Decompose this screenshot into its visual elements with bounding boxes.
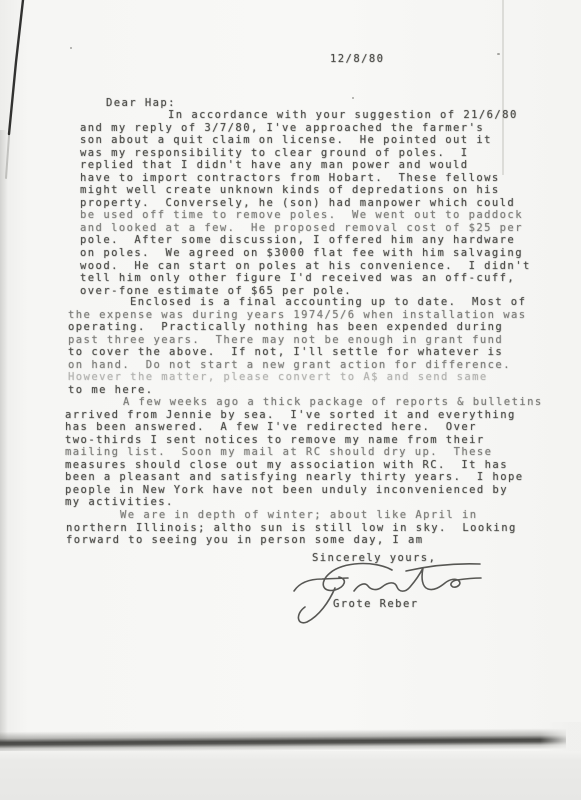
crease-line <box>0 0 60 200</box>
letter-line: measures should close out my association… <box>65 459 543 472</box>
letter-line: two-thirds I sent notices to remove my n… <box>65 434 543 447</box>
letter-line: and my reply of 3/7/80, I've approached … <box>80 122 531 135</box>
letter-line: Enclosed is a final accounting up to dat… <box>68 296 527 309</box>
letter-line: A few weeks ago a thick package of repor… <box>65 396 543 409</box>
letter-line: to me here. <box>68 384 527 397</box>
letter-line: pole. After some discussion, I offered h… <box>80 234 531 247</box>
handwritten-signature <box>288 556 498 630</box>
letter-line: property. Conversely, he (son) had manpo… <box>80 197 531 210</box>
letter-line: was my responsibility to clear ground of… <box>80 147 531 160</box>
scan-edge-band <box>0 728 566 752</box>
letter-line: might well create unknown kinds of depre… <box>80 184 531 197</box>
letter-line: to cover the above. If not, I'll settle … <box>68 346 527 359</box>
typed-signature-name: Grote Reber <box>333 598 419 611</box>
letter-line: on hand. Do not start a new grant action… <box>68 359 527 372</box>
scan-speck <box>352 97 354 99</box>
page-left-edge-shadow <box>0 130 8 742</box>
letter-line: past three years. There may not be enoug… <box>68 334 527 347</box>
scanned-letter-page: 12/8/80 Dear Hap: In accordance with you… <box>0 0 581 800</box>
letter-line: In accordance with your suggestion of 21… <box>80 109 531 122</box>
letter-line: wood. He can start on poles at his conve… <box>80 260 531 273</box>
letter-line: northern Illinois; altho sun is still lo… <box>66 522 517 535</box>
letter-line: on poles. We agreed on $3000 flat fee wi… <box>80 247 531 260</box>
scan-speck <box>497 53 500 55</box>
letter-date: 12/8/80 <box>330 53 384 66</box>
letter-line: have to import contractors from Hobart. … <box>80 172 531 185</box>
salutation: Dear Hap: <box>106 97 176 110</box>
letter-line: However the matter, please convert to A$… <box>68 371 527 384</box>
letter-line: mailing list. Soon my mail at RC should … <box>65 446 543 459</box>
letter-line: son about a quit claim on license. He po… <box>80 134 531 147</box>
letter-line: be used off time to remove poles. We wen… <box>80 209 531 222</box>
letter-line: been a pleasant and satisfying nearly th… <box>65 471 543 484</box>
letter-paragraph: In accordance with your suggestion of 21… <box>80 109 531 297</box>
letter-line: and looked at a few. He proposed removal… <box>80 222 531 235</box>
letter-line: has been answered. A few I've redirected… <box>65 421 543 434</box>
scan-speck <box>70 47 72 49</box>
letter-line: my activities. <box>65 496 543 509</box>
letter-paragraph: We are in depth of winter; about like Ap… <box>66 509 517 547</box>
letter-line: forward to seeing you in person some day… <box>66 534 517 547</box>
letter-line: the expense was during years 1974/5/6 wh… <box>68 309 527 322</box>
letter-paragraph: Enclosed is a final accounting up to dat… <box>68 296 527 396</box>
scanner-background <box>0 751 581 800</box>
letter-line: tell him only other figure I'd received … <box>80 272 531 285</box>
letter-line: operating. Practically nothing has been … <box>68 321 527 334</box>
letter-line: arrived from Jennie by sea. I've sorted … <box>65 409 543 422</box>
letter-line: replied that I didn't have any man power… <box>80 159 531 172</box>
letter-line: people in New York have not been unduly … <box>65 484 543 497</box>
letter-paragraph: A few weeks ago a thick package of repor… <box>65 396 543 509</box>
letter-line: We are in depth of winter; about like Ap… <box>66 509 517 522</box>
